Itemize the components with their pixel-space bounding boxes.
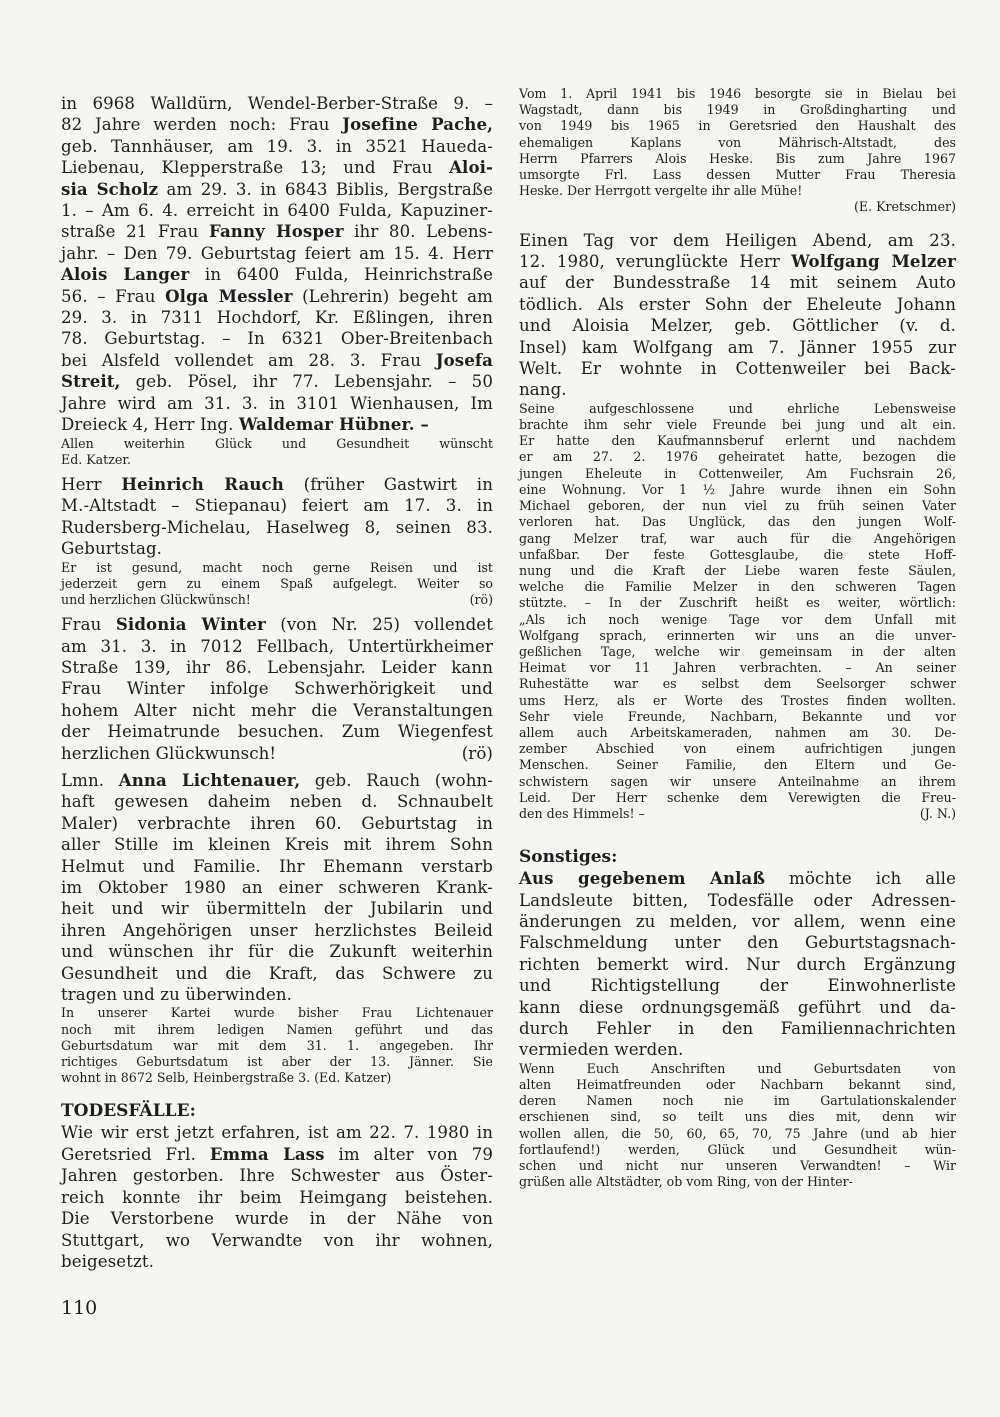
- text-line: der Heimatrunde besuchen. Zum Wiegenfest: [61, 721, 493, 742]
- text-line: Die Verstorbene wurde in der Nähe von: [61, 1208, 493, 1229]
- text-line: haft gewesen daheim neben d. Schnaubelt: [61, 791, 493, 812]
- sonstiges-text: Aus gegebenem Anlaß möchte ich alleLands…: [519, 868, 956, 1061]
- text-line: Frau Winter infolge Schwerhörigkeit und: [61, 678, 493, 699]
- todesfaelle-section: TODESFÄLLE: Wie wir erst jetzt erfahren,…: [61, 1100, 493, 1272]
- text-line: 12. 1980, verunglückte Herr Wolfgang Mel…: [519, 251, 956, 272]
- text-line: am 31. 3. in 7012 Fellbach, Untertürkhei…: [61, 636, 493, 657]
- text-line: In unserer Kartei wurde bisher Frau Lich…: [61, 1005, 493, 1021]
- text-line: Heimat vor 11 Jahren verbrachten. – An s…: [519, 660, 956, 676]
- text-line: Landsleute bitten, Todesfälle oder Adres…: [519, 890, 956, 911]
- text-line: auf der Bundesstraße 14 mit seinem Auto: [519, 272, 956, 293]
- text-line: von 1949 bis 1965 in Geretsried den Haus…: [519, 118, 956, 134]
- document-page: in 6968 Walldürn, Wendel-Berber-Straße 9…: [0, 0, 1000, 1417]
- text-line: richtiges Geburtsdatum ist aber der 13. …: [61, 1054, 493, 1070]
- text-line: Gesundheit und die Kraft, das Schwere zu: [61, 963, 493, 984]
- text-line: jederzeit gern zu einem Spaß aufgelegt. …: [61, 576, 493, 592]
- signature: (J. N.): [920, 806, 956, 822]
- text-line: durch Fehler in den Familiennachrichten: [519, 1018, 956, 1039]
- emma-lass-note: Vom 1. April 1941 bis 1946 besorgte sie …: [519, 86, 956, 199]
- text-line: schwistern sagen wir unsere Anteilnahme …: [519, 774, 956, 790]
- text-line: Liebenau, Klepperstraße 13; und Frau Alo…: [61, 157, 493, 178]
- todesfaelle-heading: TODESFÄLLE:: [61, 1100, 493, 1122]
- text-line: Herr Heinrich Rauch (früher Gastwirt in: [61, 474, 493, 495]
- birthdays-text: in 6968 Walldürn, Wendel-Berber-Straße 9…: [61, 93, 493, 436]
- wolfgang-melzer-entry: Einen Tag vor dem Heiligen Abend, am 23.…: [519, 230, 956, 823]
- text-line: M.-Altstadt – Stiepanau) feiert am 17. 3…: [61, 495, 493, 516]
- text-line: sia Scholz am 29. 3. in 6843 Biblis, Ber…: [61, 179, 493, 200]
- text-line: wollen allen, die 50, 60, 65, 70, 75 Jah…: [519, 1126, 956, 1142]
- sonstiges-heading: Sonstiges:: [519, 846, 956, 868]
- text-line: ehemaligen Kaplans von Mährisch-Altstadt…: [519, 135, 956, 151]
- text-line: gang Melzer traf, war auch für die Angeh…: [519, 531, 956, 547]
- text-line: reich konnte ihr beim Heimgang beistehen…: [61, 1187, 493, 1208]
- text-line: den des Himmels! –(J. N.): [519, 806, 956, 822]
- text-line: zember Abschied von einem aufrichtigen j…: [519, 741, 956, 757]
- text-line: tödlich. Als erster Sohn der Eheleute Jo…: [519, 294, 956, 315]
- text-line: 29. 3. in 7311 Hochdorf, Kr. Eßlingen, i…: [61, 307, 493, 328]
- text-line: Ruhestätte war es selbst dem Seelsorger …: [519, 676, 956, 692]
- text-line: Wagstadt, dann bis 1949 in Großdingharti…: [519, 102, 956, 118]
- left-column: in 6968 Walldürn, Wendel-Berber-Straße 9…: [61, 93, 493, 1278]
- heinrich-rauch-entry: Herr Heinrich Rauch (früher Gastwirt inM…: [61, 474, 493, 608]
- text-line: in 6968 Walldürn, Wendel-Berber-Straße 9…: [61, 93, 493, 114]
- text-line: geßlichen Tage, welche wir gemeinsam in …: [519, 644, 956, 660]
- text-line: Sehr viele Freunde, Nachbarn, Bekannte u…: [519, 709, 956, 725]
- text-line: Allen weiterhin Glück und Gesundheit wün…: [61, 436, 493, 452]
- text-line: Geretsried Frl. Emma Lass im alter von 7…: [61, 1144, 493, 1165]
- text-line: richten bemerkt wird. Nur durch Ergänzun…: [519, 954, 956, 975]
- text-line: 78. Geburtstag. – In 6321 Ober-Breitenba…: [61, 328, 493, 349]
- text-line: „Als ich noch wenige Tage vor dem Unfall…: [519, 612, 956, 628]
- text-line: schen und nicht nur unseren Verwandten! …: [519, 1158, 956, 1174]
- text-line: Geburtstag.: [61, 538, 493, 559]
- birthdays-note: Allen weiterhin Glück und Gesundheit wün…: [61, 436, 493, 468]
- text-line: 82 Jahre werden noch: Frau Josefine Pach…: [61, 114, 493, 135]
- sonstiges-note: Wenn Euch Anschriften und Geburtsdaten v…: [519, 1061, 956, 1191]
- text-line: und herzlichen Glückwünsch!(rö): [61, 592, 493, 608]
- text-line: Falschmeldung unter den Geburtstagsnach-: [519, 932, 956, 953]
- text-line: allem auch Arbeitskameraden, nahmen am 3…: [519, 725, 956, 741]
- text-line: Welt. Er wohnte in Cottenweiler bei Back…: [519, 358, 956, 379]
- text-line: Helmut und Familie. Ihr Ehemann verstarb: [61, 856, 493, 877]
- text-line: hohem Alter nicht mehr die Veranstaltung…: [61, 700, 493, 721]
- text-line: umsorgte Frl. Lass dessen Mutter Frau Th…: [519, 167, 956, 183]
- text-line: im Oktober 1980 an einer schweren Krank-: [61, 877, 493, 898]
- wolfgang-melzer-note: Seine aufgeschlossene und ehrliche Leben…: [519, 401, 956, 822]
- text-line: brachte ihm sehr viele Freunde bei jung …: [519, 417, 956, 433]
- text-line: ums Herz, als er Worte des Trostes finde…: [519, 693, 956, 709]
- text-line: Seine aufgeschlossene und ehrliche Leben…: [519, 401, 956, 417]
- text-line: grüßen alle Altstädter, ob vom Ring, von…: [519, 1174, 956, 1190]
- text-line: 56. – Frau Olga Messler (Lehrerin) begeh…: [61, 286, 493, 307]
- text-line: Heske. Der Herrgott vergelte ihr alle Mü…: [519, 183, 956, 199]
- text-line: ihren Angehörigen unser herzlichstes Bei…: [61, 920, 493, 941]
- text-line: Einen Tag vor dem Heiligen Abend, am 23.: [519, 230, 956, 251]
- text-line: nung und die Kraft der Liebe waren feste…: [519, 563, 956, 579]
- text-line: Er ist gesund, macht noch gerne Reisen u…: [61, 560, 493, 576]
- anna-lichtenauer-note: In unserer Kartei wurde bisher Frau Lich…: [61, 1005, 493, 1086]
- anna-lichtenauer-entry: Lmn. Anna Lichtenauer, geb. Rauch (wohn-…: [61, 770, 493, 1086]
- text-line: Menschen. Seiner Familie, den Eltern und…: [519, 757, 956, 773]
- text-line: alten Heimatfreunden oder Nachbarn bekan…: [519, 1077, 956, 1093]
- emma-lass-continuation: Vom 1. April 1941 bis 1946 besorgte sie …: [519, 86, 956, 216]
- text-line: Leid. Der Herr schenke dem Verewigten di…: [519, 790, 956, 806]
- sidonia-winter-text: Frau Sidonia Winter (von Nr. 25) vollend…: [61, 614, 493, 764]
- text-line: deren Namen noch nie im Gartulationskale…: [519, 1093, 956, 1109]
- text-line: Jahre wird am 31. 3. in 3101 Wienhausen,…: [61, 393, 493, 414]
- text-line: Wolfgang sprach, erinnerten wir uns an d…: [519, 628, 956, 644]
- text-line: kann diese ordnungsgemäß geführt und da-: [519, 997, 956, 1018]
- text-line: jungen Eheleute in Cottenweiler, Am Fuch…: [519, 466, 956, 482]
- text-line: Straße 139, ihr 86. Lebensjahr. Leider k…: [61, 657, 493, 678]
- sidonia-winter-entry: Frau Sidonia Winter (von Nr. 25) vollend…: [61, 614, 493, 764]
- page-number: 110: [61, 1297, 97, 1319]
- text-line: Wenn Euch Anschriften und Geburtsdaten v…: [519, 1061, 956, 1077]
- heinrich-rauch-note: Er ist gesund, macht noch gerne Reisen u…: [61, 560, 493, 609]
- text-line: Dreieck 4, Herr Ing. Waldemar Hübner. –: [61, 414, 493, 435]
- text-line: Insel) kam Wolfgang am 7. Jänner 1955 zu…: [519, 337, 956, 358]
- text-line: er am 27. 2. 1976 geheiratet hatte, bezo…: [519, 449, 956, 465]
- text-line: vermieden werden.: [519, 1039, 956, 1060]
- birthdays-section: in 6968 Walldürn, Wendel-Berber-Straße 9…: [61, 93, 493, 468]
- text-line: Er hatte den Kaufmannsberuf erlernt und …: [519, 433, 956, 449]
- text-line: und Richtigstellung der Einwohnerliste: [519, 975, 956, 996]
- text-line: beigesetzt.: [61, 1251, 493, 1272]
- text-line: aller Stille im kleinen Kreis mit ihrem …: [61, 834, 493, 855]
- text-line: Vom 1. April 1941 bis 1946 besorgte sie …: [519, 86, 956, 102]
- wolfgang-melzer-text: Einen Tag vor dem Heiligen Abend, am 23.…: [519, 230, 956, 401]
- text-line: herzlichen Glückwunsch!(rö): [61, 743, 493, 764]
- text-line: Frau Sidonia Winter (von Nr. 25) vollend…: [61, 614, 493, 635]
- signature-kretschmer: (E. Kretschmer): [519, 199, 956, 215]
- text-line: nang.: [519, 379, 956, 400]
- text-line: unfaßbar. Der feste Gottesglaube, die st…: [519, 547, 956, 563]
- text-line: Aus gegebenem Anlaß möchte ich alle: [519, 868, 956, 889]
- text-line: fortlaufend!) werden, Glück und Gesundhe…: [519, 1142, 956, 1158]
- text-line: welche die Familie Melzer in den schwere…: [519, 579, 956, 595]
- text-line: Geburtsdatum war mit dem 31. 1. angegebe…: [61, 1038, 493, 1054]
- text-line: verloren hat. Das Unglück, das den junge…: [519, 514, 956, 530]
- emma-lass-text: Wie wir erst jetzt erfahren, ist am 22. …: [61, 1122, 493, 1272]
- text-line: Stuttgart, wo Verwandte von ihr wohnen,: [61, 1230, 493, 1251]
- text-line: wohnt in 8672 Selb, Heinbergstraße 3. (E…: [61, 1070, 493, 1086]
- text-line: stützte. – In der Zuschrift heißt es wei…: [519, 595, 956, 611]
- text-line: änderungen zu melden, vor allem, wenn ei…: [519, 911, 956, 932]
- signature: (rö): [470, 592, 493, 608]
- text-line: jahr. – Den 79. Geburtstag feiert am 15.…: [61, 243, 493, 264]
- text-line: Jahren gestorben. Ihre Schwester aus Öst…: [61, 1165, 493, 1186]
- text-line: Wie wir erst jetzt erfahren, ist am 22. …: [61, 1122, 493, 1143]
- text-line: Alois Langer in 6400 Fulda, Heinrichstra…: [61, 264, 493, 285]
- text-line: bei Alsfeld vollendet am 28. 3. Frau Jos…: [61, 350, 493, 371]
- text-line: heit und wir übermitteln der Jubilarin u…: [61, 898, 493, 919]
- right-column: Vom 1. April 1941 bis 1946 besorgte sie …: [519, 86, 956, 1196]
- text-line: Lmn. Anna Lichtenauer, geb. Rauch (wohn-: [61, 770, 493, 791]
- text-line: erschienen sind, so teilt uns dies mit, …: [519, 1109, 956, 1125]
- text-line: Maler) verbrachte ihren 60. Geburtstag i…: [61, 813, 493, 834]
- sonstiges-section: Sonstiges: Aus gegebenem Anlaß möchte ic…: [519, 846, 956, 1190]
- signature: (rö): [462, 743, 493, 764]
- anna-lichtenauer-text: Lmn. Anna Lichtenauer, geb. Rauch (wohn-…: [61, 770, 493, 1005]
- text-line: und wünschen ihr für die Zukunft weiterh…: [61, 941, 493, 962]
- text-line: und Aloisia Melzer, geb. Göttlicher (v. …: [519, 315, 956, 336]
- text-line: Ed. Katzer.: [61, 452, 493, 468]
- heinrich-rauch-text: Herr Heinrich Rauch (früher Gastwirt inM…: [61, 474, 493, 560]
- text-line: geb. Tannhäuser, am 19. 3. in 3521 Haued…: [61, 136, 493, 157]
- text-line: Streit, geb. Pösel, ihr 77. Lebensjahr. …: [61, 371, 493, 392]
- text-line: 1. – Am 6. 4. erreicht in 6400 Fulda, Ka…: [61, 200, 493, 221]
- text-line: eine Wohnung. Vor 1 ½ Jahre wurde ihnen …: [519, 482, 956, 498]
- text-line: Herrn Pfarrers Alois Heske. Bis zum Jahr…: [519, 151, 956, 167]
- text-line: tragen und zu überwinden.: [61, 984, 493, 1005]
- text-line: noch mit ihrem ledigen Namen geführt und…: [61, 1022, 493, 1038]
- text-line: straße 21 Frau Fanny Hosper ihr 80. Lebe…: [61, 221, 493, 242]
- text-line: Rudersberg-Michelau, Haselweg 8, seinen …: [61, 517, 493, 538]
- text-line: Michael geboren, der nun viel zu früh se…: [519, 498, 956, 514]
